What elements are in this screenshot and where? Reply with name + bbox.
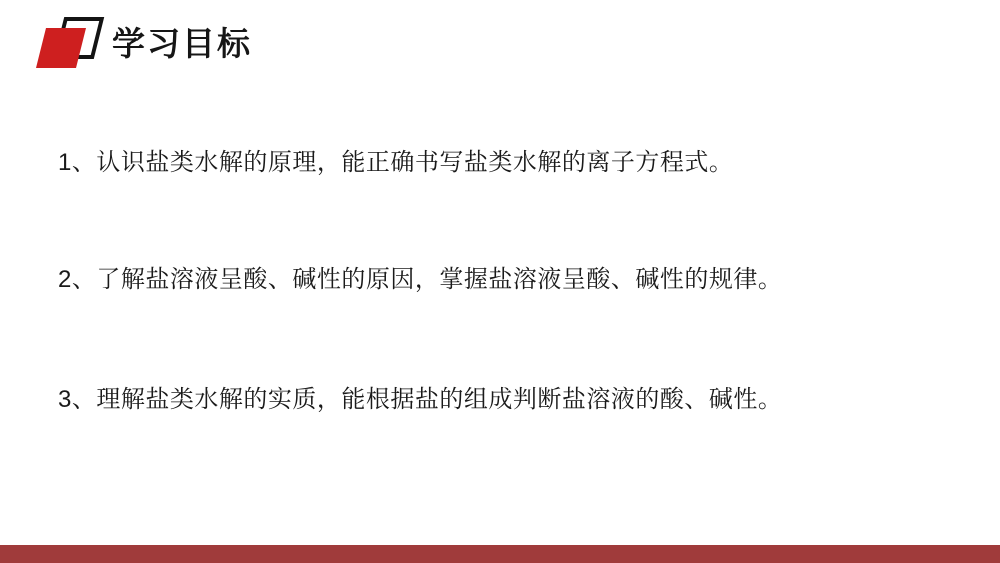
page-title: 学习目标 xyxy=(112,14,252,74)
objective-item-2: 2、了解盐溶液呈酸、碱性的原因，掌握盐溶液呈酸、碱性的规律。 xyxy=(58,263,782,297)
parallelogram-icon xyxy=(40,15,102,73)
title-bar: 学习目标 xyxy=(40,14,252,74)
footer-bar xyxy=(0,545,1000,563)
objective-item-3: 3、理解盐类水解的实质，能根据盐的组成判断盐溶液的酸、碱性。 xyxy=(58,383,782,417)
parallelogram-red-icon xyxy=(36,28,86,68)
objective-item-1: 1、认识盐类水解的原理，能正确书写盐类水解的离子方程式。 xyxy=(58,146,733,180)
slide: 学习目标 1、认识盐类水解的原理，能正确书写盐类水解的离子方程式。 2、了解盐溶… xyxy=(0,0,1000,563)
